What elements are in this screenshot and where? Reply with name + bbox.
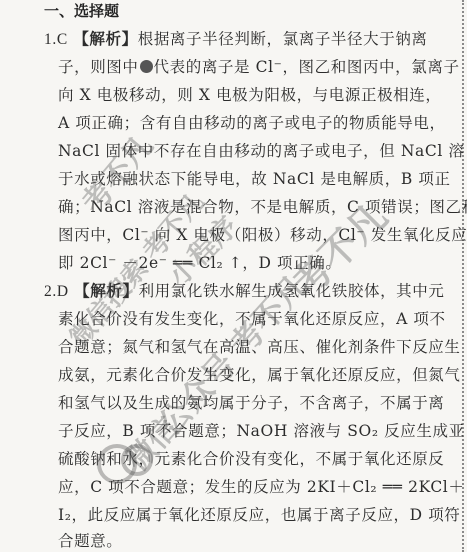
q2-line-10: 合题意。	[58, 530, 122, 552]
q1-line-8: 图丙中，Cl⁻ 向 X 电极（阳极）移动，Cl⁻ 发生氧化反应，	[58, 224, 467, 246]
q1-line-9: 即 2Cl⁻ －2e⁻ ══ Cl₂ ↑，D 项正确。	[58, 252, 341, 274]
q2-line-2: 素化合价没有发生变化，不属于氧化还原反应，A 项不	[58, 308, 446, 330]
q2-line-5: 和氢气以及生成的氨均属于分子，不含离子，不属于离	[58, 392, 444, 414]
q2-line-9: I₂，此反应属于氧化还原反应，也属于离子反应，D 项符	[58, 504, 460, 526]
answer-page: 一、选择题 1.C 【解析】根据离子半径判断，氯离子半径大于钠离 子，则图中代表…	[0, 0, 467, 552]
q1-number: 1.	[44, 31, 57, 48]
dotted-margin-divider	[462, 0, 464, 552]
q1-text: 根据离子半径判断，氯离子半径大于钠离	[138, 30, 428, 48]
q2-analysis-tag: 【解析】	[74, 282, 138, 300]
q1-answer: C	[57, 31, 68, 48]
q1-text: 子，则图中	[58, 58, 139, 76]
q2-line-3: 合题意；氮气和氢气在高温、高压、催化剂条件下反应生	[58, 336, 461, 358]
q1-line-1: 1.C 【解析】根据离子半径判断，氯离子半径大于钠离	[44, 28, 428, 51]
q2-number: 2.	[44, 283, 57, 300]
q2-line-1: 2.D 【解析】利用氯化铁水解生成氢氧化铁胶体，其中元	[44, 280, 444, 303]
q1-line-3: 向 X 电极移动，则 X 电极为阳极，与电源正极相连，	[58, 84, 441, 106]
q2-answer: D	[57, 283, 69, 300]
section-title: 一、选择题	[44, 0, 119, 22]
chloride-ion-dot-icon	[140, 60, 153, 73]
q1-text: 代表的离子是 Cl⁻，图乙和图丙中，氯离子	[154, 58, 460, 76]
q1-line-7: 确；NaCl 溶液是混合物，不是电解质，C 项错误；图乙和	[58, 196, 467, 218]
watermark-logo-icon	[95, 440, 165, 490]
q1-line-4: A 项正确；含有自由移动的离子或电子的物质能导电，	[58, 112, 446, 134]
q1-line-6: 于水或熔融状态下能导电，故 NaCl 是电解质，B 项正	[58, 168, 451, 190]
q2-line-6: 子反应，B 项不合题意；NaOH 溶液与 SO₂ 反应生成亚	[58, 420, 465, 442]
q1-line-2: 子，则图中代表的离子是 Cl⁻，图乙和图丙中，氯离子	[58, 56, 460, 78]
q2-text: 利用氯化铁水解生成氢氧化铁胶体，其中元	[139, 282, 445, 300]
q1-line-5: NaCl 固体中不存在自由移动的离子或电子，但 NaCl 溶	[58, 140, 465, 162]
q1-analysis-tag: 【解析】	[73, 30, 137, 48]
q2-line-4: 成氨，元素化合价发生变化，属于氧化还原反应，但氮气	[58, 364, 461, 386]
